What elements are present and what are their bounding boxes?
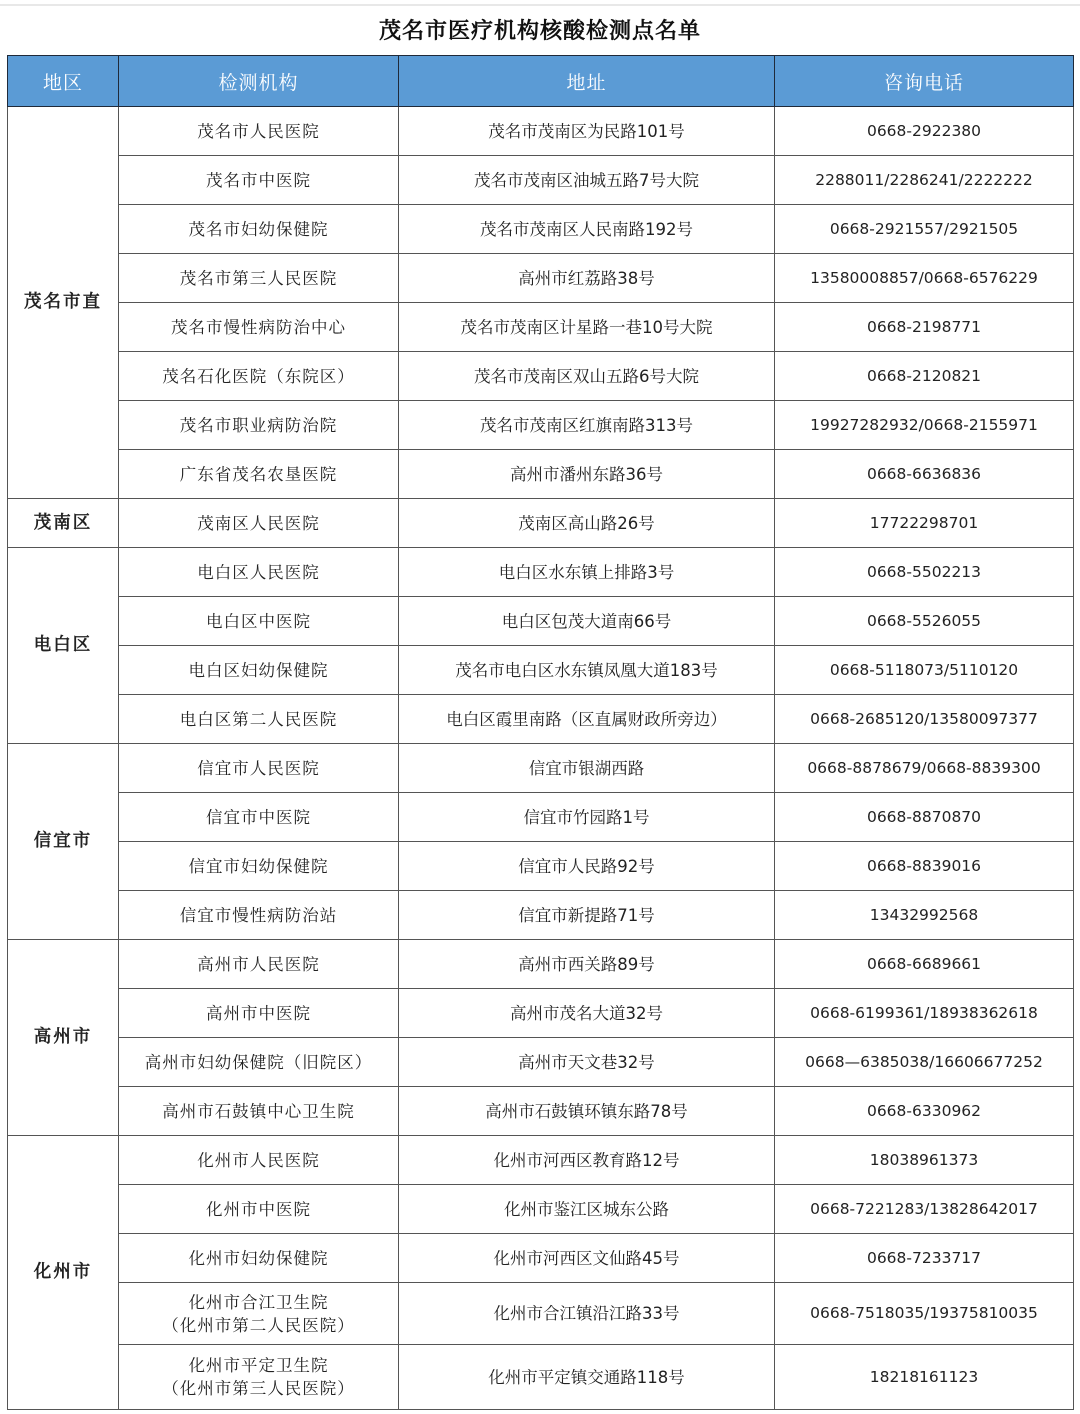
phone-cell: 0668—6385038/16606677252 [775,1038,1074,1087]
table-row: 化州市平定卫生院 （化州市第三人民医院） 化州市平定镇交通路118号 18218… [8,1345,1074,1410]
phone-cell: 0668-6199361/18938362618 [775,989,1074,1038]
phone-cell: 0668-6330962 [775,1087,1074,1136]
institution-cell: 化州市妇幼保健院 [119,1234,399,1283]
institution-cell: 电白区中医院 [119,597,399,646]
address-cell: 电白区水东镇上排路3号 [399,548,775,597]
phone-cell: 0668-2685120/13580097377 [775,695,1074,744]
institution-cell: 茂名市中医院 [119,156,399,205]
institution-cell: 茂南区人民医院 [119,499,399,548]
phone-cell: 0668-7221283/13828642017 [775,1185,1074,1234]
institution-cell: 茂名市第三人民医院 [119,254,399,303]
address-cell: 化州市河西区教育路12号 [399,1136,775,1185]
address-cell: 化州市鉴江区城东公路 [399,1185,775,1234]
region-cell: 电白区 [8,548,119,744]
table-row: 高州市石鼓镇中心卫生院 高州市石鼓镇环镇东路78号 0668-6330962 [8,1087,1074,1136]
table-row: 电白区第二人民医院 电白区霞里南路（区直属财政所旁边） 0668-2685120… [8,695,1074,744]
phone-cell: 0668-8870870 [775,793,1074,842]
testing-sites-table: 地区 检测机构 地址 咨询电话 茂名市直 茂名市人民医院 茂名市茂南区为民路10… [7,55,1074,1410]
institution-cell: 信宜市慢性病防治站 [119,891,399,940]
institution-cell: 高州市石鼓镇中心卫生院 [119,1087,399,1136]
address-cell: 化州市河西区文仙路45号 [399,1234,775,1283]
institution-cell: 信宜市中医院 [119,793,399,842]
phone-cell: 13432992568 [775,891,1074,940]
address-cell: 高州市石鼓镇环镇东路78号 [399,1087,775,1136]
institution-line-1: 化州市合江卫生院 [123,1291,394,1314]
institution-cell: 茂名市职业病防治院 [119,401,399,450]
table-header-row: 地区 检测机构 地址 咨询电话 [8,56,1074,107]
table-row: 化州市妇幼保健院 化州市河西区文仙路45号 0668-7233717 [8,1234,1074,1283]
table-row: 高州市妇幼保健院（旧院区） 高州市天文巷32号 0668—6385038/166… [8,1038,1074,1087]
institution-cell: 化州市合江卫生院 （化州市第二人民医院） [119,1283,399,1345]
phone-cell: 0668-5526055 [775,597,1074,646]
institution-cell: 电白区妇幼保健院 [119,646,399,695]
address-cell: 茂名市茂南区为民路101号 [399,107,775,156]
address-cell: 茂名市茂南区红旗南路313号 [399,401,775,450]
institution-cell: 茂名市人民医院 [119,107,399,156]
top-rule [0,4,1080,6]
phone-cell: 17722298701 [775,499,1074,548]
phone-cell: 19927282932/0668-2155971 [775,401,1074,450]
address-cell: 高州市天文巷32号 [399,1038,775,1087]
header-institution: 检测机构 [119,56,399,107]
phone-cell: 13580008857/0668-6576229 [775,254,1074,303]
table-row: 茂名市第三人民医院 高州市红荔路38号 13580008857/0668-657… [8,254,1074,303]
address-cell: 茂名市茂南区人民南路192号 [399,205,775,254]
institution-cell: 茂名市慢性病防治中心 [119,303,399,352]
region-cell: 茂南区 [8,499,119,548]
address-cell: 信宜市银湖西路 [399,744,775,793]
phone-cell: 0668-6636836 [775,450,1074,499]
phone-cell: 0668-2922380 [775,107,1074,156]
phone-cell: 0668-8839016 [775,842,1074,891]
header-phone: 咨询电话 [775,56,1074,107]
table-row: 高州市中医院 高州市茂名大道32号 0668-6199361/189383626… [8,989,1074,1038]
address-cell: 电白区霞里南路（区直属财政所旁边） [399,695,775,744]
address-cell: 信宜市人民路92号 [399,842,775,891]
region-cell: 信宜市 [8,744,119,940]
phone-cell: 0668-6689661 [775,940,1074,989]
table-row: 电白区 电白区人民医院 电白区水东镇上排路3号 0668-5502213 [8,548,1074,597]
institution-line-1: 化州市平定卫生院 [123,1354,394,1377]
institution-line-2: （化州市第三人民医院） [123,1377,394,1400]
phone-cell: 0668-8878679/0668-8839300 [775,744,1074,793]
phone-cell: 18038961373 [775,1136,1074,1185]
table-row: 茂名市职业病防治院 茂名市茂南区红旗南路313号 19927282932/066… [8,401,1074,450]
table-row: 茂名市慢性病防治中心 茂名市茂南区计星路一巷10号大院 0668-2198771 [8,303,1074,352]
address-cell: 茂南区高山路26号 [399,499,775,548]
institution-cell: 高州市中医院 [119,989,399,1038]
header-address: 地址 [399,56,775,107]
address-cell: 电白区包茂大道南66号 [399,597,775,646]
table-row: 茂名市中医院 茂名市茂南区油城五路7号大院 2288011/2286241/22… [8,156,1074,205]
address-cell: 茂名市电白区水东镇凤凰大道183号 [399,646,775,695]
address-cell: 信宜市新提路71号 [399,891,775,940]
table-row: 电白区妇幼保健院 茂名市电白区水东镇凤凰大道183号 0668-5118073/… [8,646,1074,695]
phone-cell: 0668-5502213 [775,548,1074,597]
table-row: 茂名市直 茂名市人民医院 茂名市茂南区为民路101号 0668-2922380 [8,107,1074,156]
table-row: 信宜市妇幼保健院 信宜市人民路92号 0668-8839016 [8,842,1074,891]
region-cell: 高州市 [8,940,119,1136]
header-region: 地区 [8,56,119,107]
phone-cell: 18218161123 [775,1345,1074,1410]
table-row: 信宜市慢性病防治站 信宜市新提路71号 13432992568 [8,891,1074,940]
phone-cell: 0668-7233717 [775,1234,1074,1283]
institution-cell: 茂名石化医院（东院区） [119,352,399,401]
table-row: 茂名市妇幼保健院 茂名市茂南区人民南路192号 0668-2921557/292… [8,205,1074,254]
institution-cell: 高州市妇幼保健院（旧院区） [119,1038,399,1087]
region-cell: 茂名市直 [8,107,119,499]
institution-cell: 化州市人民医院 [119,1136,399,1185]
address-cell: 信宜市竹园路1号 [399,793,775,842]
table-row: 信宜市 信宜市人民医院 信宜市银湖西路 0668-8878679/0668-88… [8,744,1074,793]
address-cell: 高州市潘州东路36号 [399,450,775,499]
phone-cell: 0668-7518035/19375810035 [775,1283,1074,1345]
table-row: 化州市 化州市人民医院 化州市河西区教育路12号 18038961373 [8,1136,1074,1185]
institution-cell: 信宜市人民医院 [119,744,399,793]
phone-cell: 0668-2120821 [775,352,1074,401]
institution-cell: 电白区人民医院 [119,548,399,597]
page-title: 茂名市医疗机构核酸检测点名单 [0,14,1080,45]
institution-cell: 信宜市妇幼保健院 [119,842,399,891]
institution-cell: 化州市中医院 [119,1185,399,1234]
address-cell: 茂名市茂南区计星路一巷10号大院 [399,303,775,352]
institution-cell: 电白区第二人民医院 [119,695,399,744]
phone-cell: 0668-5118073/5110120 [775,646,1074,695]
address-cell: 高州市西关路89号 [399,940,775,989]
address-cell: 化州市合江镇沿江路33号 [399,1283,775,1345]
phone-cell: 2288011/2286241/2222222 [775,156,1074,205]
address-cell: 茂名市茂南区油城五路7号大院 [399,156,775,205]
address-cell: 茂名市茂南区双山五路6号大院 [399,352,775,401]
institution-cell: 茂名市妇幼保健院 [119,205,399,254]
table-row: 高州市 高州市人民医院 高州市西关路89号 0668-6689661 [8,940,1074,989]
institution-cell: 化州市平定卫生院 （化州市第三人民医院） [119,1345,399,1410]
table-row: 化州市合江卫生院 （化州市第二人民医院） 化州市合江镇沿江路33号 0668-7… [8,1283,1074,1345]
region-cell: 化州市 [8,1136,119,1410]
address-cell: 高州市茂名大道32号 [399,989,775,1038]
phone-cell: 0668-2198771 [775,303,1074,352]
table-row: 电白区中医院 电白区包茂大道南66号 0668-5526055 [8,597,1074,646]
table-row: 茂名石化医院（东院区） 茂名市茂南区双山五路6号大院 0668-2120821 [8,352,1074,401]
address-cell: 化州市平定镇交通路118号 [399,1345,775,1410]
table-row: 广东省茂名农垦医院 高州市潘州东路36号 0668-6636836 [8,450,1074,499]
institution-line-2: （化州市第二人民医院） [123,1314,394,1337]
phone-cell: 0668-2921557/2921505 [775,205,1074,254]
table-row: 茂南区 茂南区人民医院 茂南区高山路26号 17722298701 [8,499,1074,548]
table-row: 信宜市中医院 信宜市竹园路1号 0668-8870870 [8,793,1074,842]
institution-cell: 广东省茂名农垦医院 [119,450,399,499]
table-row: 化州市中医院 化州市鉴江区城东公路 0668-7221283/138286420… [8,1185,1074,1234]
address-cell: 高州市红荔路38号 [399,254,775,303]
institution-cell: 高州市人民医院 [119,940,399,989]
